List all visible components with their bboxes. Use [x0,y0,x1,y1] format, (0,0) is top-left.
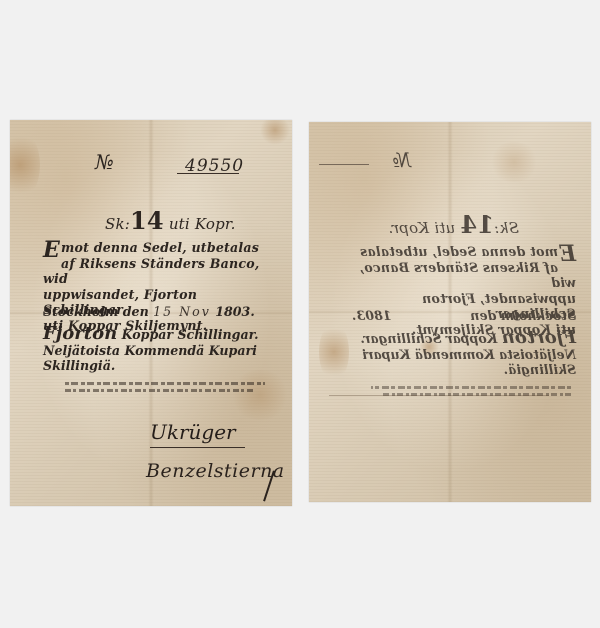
denomination-prefix: Sk: [494,219,519,237]
denomination-prefix: Sk: [105,215,130,233]
amount-text: Fjorton Koppar Schillingar. Neljätoista … [336,330,576,378]
body-line: mot denna Sedel, utbetalas [341,244,576,260]
body-text: E mot denna Sedel, utbetalas af Riksens … [43,240,278,333]
year: 1803. [215,304,254,319]
fine-print [65,382,265,394]
body-line: af Riksens Ständers Banco, wid [43,256,278,287]
year: 1803. [352,308,391,323]
paper-stain [10,130,40,200]
serial-underline [177,173,239,174]
amount-line: Skillingiä. [43,358,283,374]
signature-2: Benzelstierna [146,460,285,482]
denomination-value: 14 [130,206,164,235]
drop-cap: E [43,240,60,260]
amount-line: Skillingiä. [336,362,576,378]
paper-stain [230,370,290,420]
fine-print [371,386,571,398]
denomination: Sk:14 uti Kopr. [105,206,236,235]
drop-cap: E [559,244,576,264]
signature-underline [150,447,245,448]
amount-line: Koppar Schillingar. [122,327,259,342]
amount-line: Koppar Schillingar. [361,331,498,346]
number-label: № [95,150,114,174]
amount-text: Fjorton Koppar Schillingar. Neljätoista … [43,326,283,374]
crease-line [329,395,549,396]
body-line: mot denna Sedel, utbetalas [43,240,278,256]
denomination-suffix: uti Kopr. [169,215,236,233]
denomination: Sk:14 uti Kopr. [388,210,519,239]
mirrored-print: № Sk:14 uti Kopr. E mot denna Sedel, utb… [309,122,591,502]
place-prefix: Stockholm den [43,304,149,319]
place-date-line: Stockholm den 15 Nov 1803. [43,304,255,319]
paper-stain [260,120,290,145]
amount-word: Fjorton [43,323,117,344]
banknote-back: № Sk:14 uti Kopr. E mot denna Sedel, utb… [309,122,591,502]
body-line: af Riksens Ständers Banco, wid [341,260,576,291]
amount-word: Fjorton [502,327,576,348]
amount-line: Neljätoista Kommendä Kupari [43,343,283,359]
denomination-suffix: uti Kopr. [388,219,455,237]
place-date-line: Stockholm den 1803. [352,308,576,323]
signature-1: Ukrüger [150,420,236,444]
body-text: E mot denna Sedel, utbetalas af Riksens … [341,244,576,337]
banknote-front: № 49550 Sk:14 uti Kopr. E mot denna Sede… [10,120,292,506]
denomination-value: 14 [460,210,494,239]
amount-line: Neljätoista Kommendä Kupari [336,347,576,363]
number-label: № [392,148,411,172]
handwritten-date: 15 Nov [153,304,211,319]
place-prefix: Stockholm den [470,308,576,323]
